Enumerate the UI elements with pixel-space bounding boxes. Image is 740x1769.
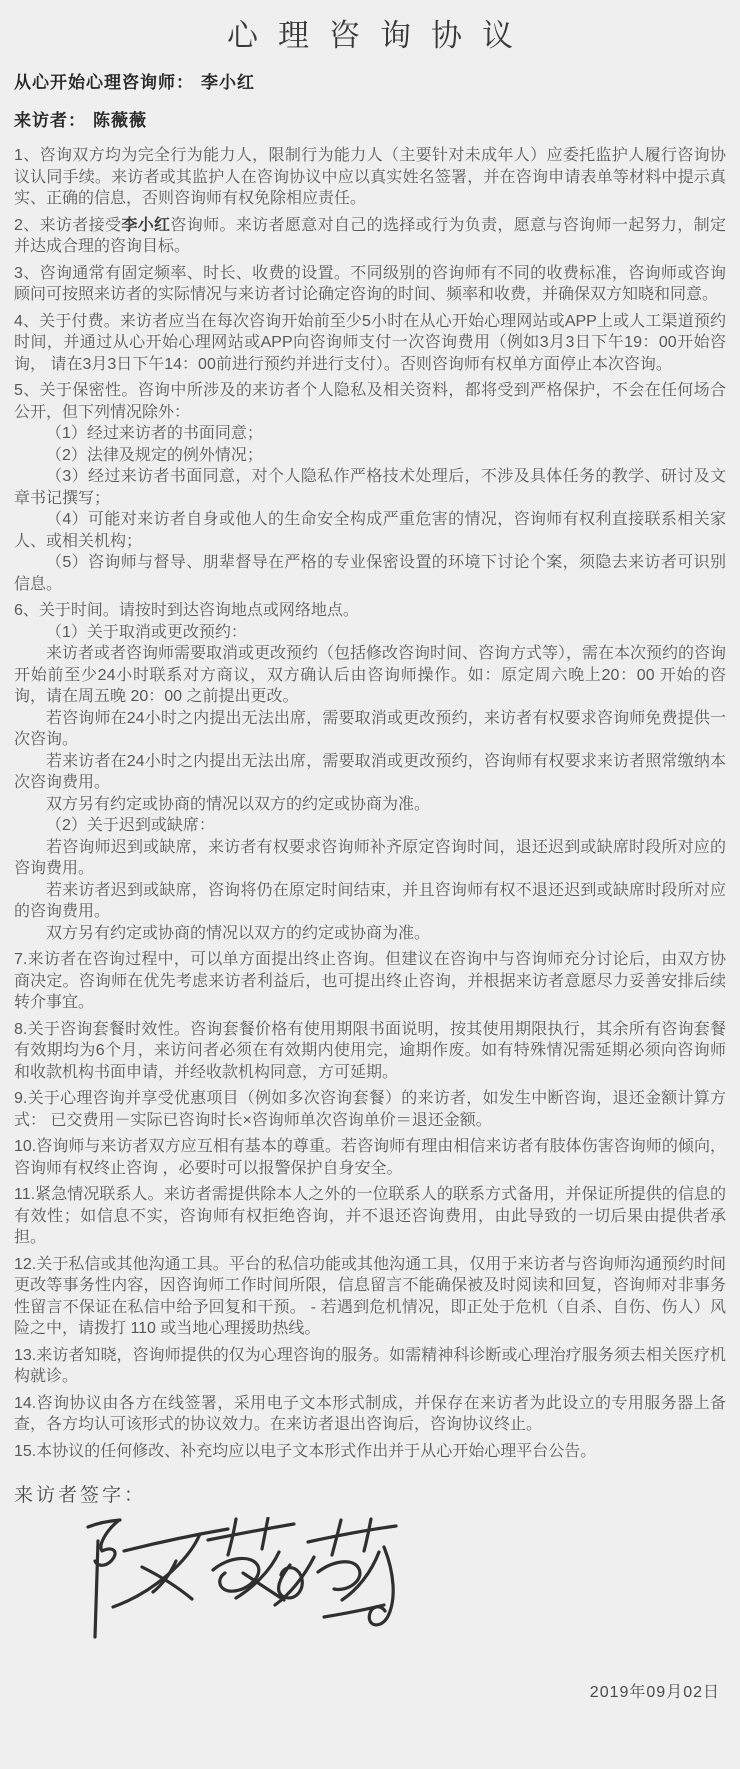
clause-5-sub-1: （1）经过来访者的书面同意； <box>14 423 726 445</box>
clause-list: 1、咨询双方均为完全行为能力人，限制行为能力人（主要针对未成年人）应委托监护人履… <box>14 145 726 1462</box>
clause-5-text: 5、关于保密性。咨询中所涉及的来访者个人隐私及相关资料，都将受到严格保护，不会在… <box>14 380 726 423</box>
signature-label: 来访者签字： <box>14 1480 726 1507</box>
clause-12-text: 12.关于私信或其他沟通工具。平台的私信功能或其他沟通工具，仅用于来访者与咨询师… <box>14 1254 726 1340</box>
clause-6-sub-8: 若来访者迟到或缺席，咨询将仍在原定时间结束，并且咨询师有权不退还迟到或缺席时段所… <box>14 880 726 923</box>
clause-3-text: 3、咨询通常有固定频率、时长、收费的设置。不同级别的咨询师有不同的收费标准，咨询… <box>14 263 726 306</box>
counselor-name-inline: 李小红 <box>121 217 170 234</box>
clause-6-sub-3: 若咨询师在24小时之内提出无法出席，需要取消或更改预约，来访者有权要求咨询师免费… <box>14 708 726 751</box>
clause-10-text: 10.咨询师与来访者双方应互相有基本的尊重。若咨询师有理由相信来访者有肢体伤害咨… <box>14 1136 726 1179</box>
clause-14-text: 14.咨询协议由各方在线签署，采用电子文本形式制成，并保存在来访者为此设立的专用… <box>14 1393 726 1436</box>
clause-7: 7.来访者在咨询过程中，可以单方面提出终止咨询。但建议在咨询中与咨询师充分讨论后… <box>14 949 726 1014</box>
clause-1-text: 1、咨询双方均为完全行为能力人，限制行为能力人（主要针对未成年人）应委托监护人履… <box>14 145 726 210</box>
clause-6-text: 6、关于时间。请按时到达咨询地点或网络地点。 <box>14 600 726 622</box>
clause-10: 10.咨询师与来访者双方应互相有基本的尊重。若咨询师有理由相信来访者有肢体伤害咨… <box>14 1136 726 1179</box>
clause-6-sub-9: 双方另有约定或协商的情况以双方的约定或协商为准。 <box>14 923 726 945</box>
clause-5-sub-3: （3）经过来访者书面同意，对个人隐私作严格技术处理后，不涉及具体任务的教学、研讨… <box>14 466 726 509</box>
counselor-line: 从心开始心理咨询师：李小红 <box>14 68 726 93</box>
visitor-line: 来访者：陈薇薇 <box>14 106 726 131</box>
clause-6: 6、关于时间。请按时到达咨询地点或网络地点。 （1）关于取消或更改预约： 来访者… <box>14 600 726 944</box>
clause-2-prefix: 2、来访者接受 <box>14 217 121 234</box>
clause-4: 4、关于付费。来访者应当在每次咨询开始前至少5小时在从心开始心理网站或APP上或… <box>14 311 726 376</box>
clause-9-text: 9.关于心理咨询并享受优惠项目（例如多次咨询套餐）的来访者，如发生中断咨询，退还… <box>14 1088 726 1131</box>
clause-6-sub-6: （2）关于迟到或缺席： <box>14 815 726 837</box>
clause-13-text: 13.来访者知晓，咨询师提供的仅为心理咨询的服务。如需精神科诊断或心理治疗服务须… <box>14 1345 726 1388</box>
clause-7-text: 7.来访者在咨询过程中，可以单方面提出终止咨询。但建议在咨询中与咨询师充分讨论后… <box>14 949 726 1014</box>
clause-5-sub-5: （5）咨询师与督导、朋辈督导在严格的专业保密设置的环境下讨论个案，须隐去来访者可… <box>14 552 726 595</box>
clause-6-sub-1: （1）关于取消或更改预约： <box>14 622 726 644</box>
clause-6-sub-5: 双方另有约定或协商的情况以双方的约定或协商为准。 <box>14 794 726 816</box>
clause-5-sub-2: （2）法律及规定的例外情况； <box>14 445 726 467</box>
clause-15-text: 15.本协议的任何修改、补充均应以电子文本形式作出并于从心开始心理平台公告。 <box>14 1441 726 1463</box>
clause-6-sub-7: 若咨询师迟到或缺席，来访者有权要求咨询师补齐原定咨询时间，退还迟到或缺席时段所对… <box>14 837 726 880</box>
visitor-label: 来访者： <box>14 111 86 130</box>
visitor-signature-image <box>78 1517 438 1647</box>
clause-2: 2、来访者接受李小红咨询师。来访者愿意对自己的选择或行为负责，愿意与咨询师一起努… <box>14 215 726 258</box>
counselor-name: 李小红 <box>201 73 255 92</box>
clause-13: 13.来访者知晓，咨询师提供的仅为心理咨询的服务。如需精神科诊断或心理治疗服务须… <box>14 1345 726 1388</box>
clause-5-sub-4: （4）可能对来访者自身或他人的生命安全构成严重危害的情况，咨询师有权利直接联系相… <box>14 509 726 552</box>
clause-1: 1、咨询双方均为完全行为能力人，限制行为能力人（主要针对未成年人）应委托监护人履… <box>14 145 726 210</box>
clause-12: 12.关于私信或其他沟通工具。平台的私信功能或其他沟通工具，仅用于来访者与咨询师… <box>14 1254 726 1340</box>
clause-11-text: 11.紧急情况联系人。来访者需提供除本人之外的一位联系人的联系方式备用，并保证所… <box>14 1184 726 1249</box>
clause-8: 8.关于咨询套餐时效性。咨询套餐价格有使用期限书面说明，按其使用期限执行，其余所… <box>14 1019 726 1084</box>
clause-15: 15.本协议的任何修改、补充均应以电子文本形式作出并于从心开始心理平台公告。 <box>14 1441 726 1463</box>
clause-5: 5、关于保密性。咨询中所涉及的来访者个人隐私及相关资料，都将受到严格保护，不会在… <box>14 380 726 595</box>
signature-area <box>78 1517 726 1647</box>
clause-4-text: 4、关于付费。来访者应当在每次咨询开始前至少5小时在从心开始心理网站或APP上或… <box>14 311 726 376</box>
page-title: 心理咨询协议 <box>14 10 726 55</box>
clause-6-sub-4: 若来访者在24小时之内提出无法出席，需要取消或更改预约，咨询师有权要求来访者照常… <box>14 751 726 794</box>
agreement-document: 心理咨询协议 从心开始心理咨询师：李小红 来访者：陈薇薇 1、咨询双方均为完全行… <box>0 0 740 1769</box>
clause-6-sub-2: 来访者或者咨询师需要取消或更改预约（包括修改咨询时间、咨询方式等），需在本次预约… <box>14 643 726 708</box>
clause-8-text: 8.关于咨询套餐时效性。咨询套餐价格有使用期限书面说明，按其使用期限执行，其余所… <box>14 1019 726 1084</box>
visitor-name: 陈薇薇 <box>93 111 147 130</box>
clause-3: 3、咨询通常有固定频率、时长、收费的设置。不同级别的咨询师有不同的收费标准，咨询… <box>14 263 726 306</box>
clause-14: 14.咨询协议由各方在线签署，采用电子文本形式制成，并保存在来访者为此设立的专用… <box>14 1393 726 1436</box>
counselor-label: 从心开始心理咨询师： <box>14 73 194 92</box>
clause-9: 9.关于心理咨询并享受优惠项目（例如多次咨询套餐）的来访者，如发生中断咨询，退还… <box>14 1088 726 1131</box>
clause-11: 11.紧急情况联系人。来访者需提供除本人之外的一位联系人的联系方式备用，并保证所… <box>14 1184 726 1249</box>
signature-date: 2019年09月02日 <box>14 1679 720 1702</box>
clause-2-text: 2、来访者接受李小红咨询师。来访者愿意对自己的选择或行为负责，愿意与咨询师一起努… <box>14 215 726 258</box>
